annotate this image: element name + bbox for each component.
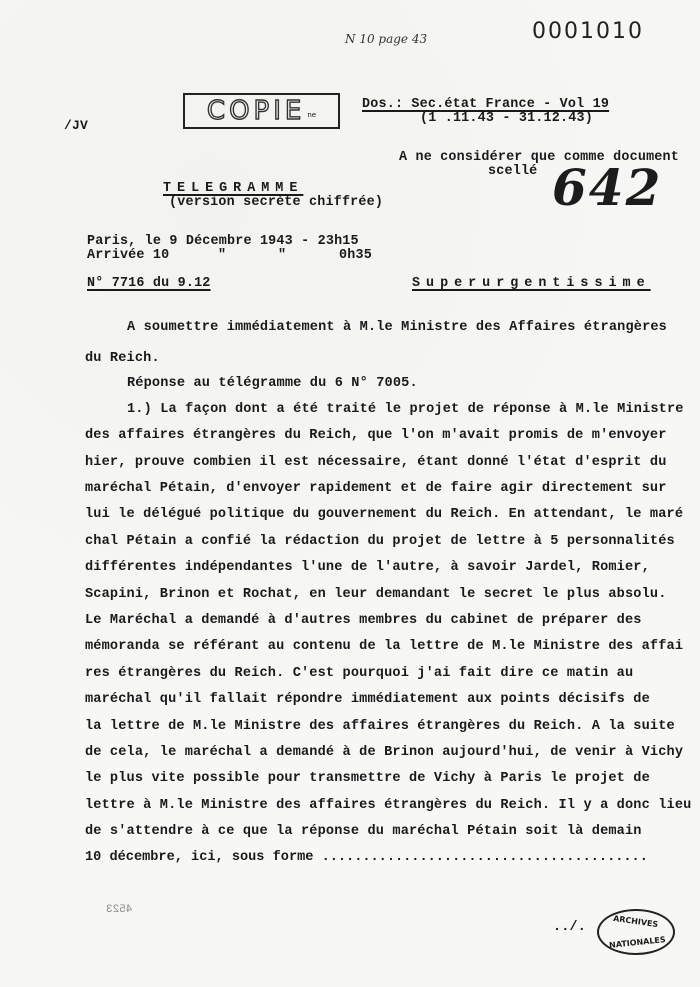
faint-number: 4523 (106, 904, 132, 916)
archives-stamp-bottom: NATIONALES (609, 935, 666, 950)
body-line: de cela, le maréchal a demandé à de Brin… (85, 745, 683, 760)
archives-stamp-top: ARCHIVES (613, 914, 659, 929)
arrival-label: Arrivée 10 (87, 248, 169, 263)
body-line: lui le délégué politique du gouvernement… (85, 507, 683, 522)
body-line: maréchal Pétain, d'envoyer rapidement et… (85, 481, 667, 496)
document-page: N 10 page 43 0001010 /JV COPIE ne Dos.: … (0, 0, 700, 987)
initials: /JV (64, 118, 88, 133)
body-line: 1.) La façon dont a été traité le projet… (127, 402, 684, 417)
body-line: Le Maréchal a demandé à d'autres membres… (85, 613, 642, 628)
body-line: res étrangères du Reich. C'est pourquoi … (85, 666, 633, 681)
origin-line: Paris, le 9 Décembre 1943 - 23h15 (87, 234, 359, 249)
body-line: 10 décembre, ici, sous forme ...........… (85, 850, 648, 865)
sealed-note-line2: scellé (488, 164, 537, 179)
continuation-mark: ../. (553, 920, 586, 935)
archives-nationales-stamp: ARCHIVES NATIONALES (597, 909, 675, 955)
body-line: Réponse au télégramme du 6 N° 7005. (127, 376, 418, 391)
dossier-dates: (1 .11.43 - 31.12.43) (420, 111, 593, 126)
arrival-ditto-2: " (278, 248, 286, 263)
handwritten-number: 642 (552, 158, 662, 217)
body-line: lettre à M.le Ministre des affaires étra… (85, 798, 691, 813)
body-line: du Reich. (85, 351, 160, 366)
telegram-subtitle: (version secrète chiffrée) (169, 195, 383, 210)
copie-stamp-text: COPIE (207, 96, 305, 126)
document-number: 0001010 (532, 19, 644, 44)
dossier-line: Dos.: Sec.état France - Vol 19 (362, 97, 609, 112)
body-line: hier, prouve combien il est nécessaire, … (85, 455, 667, 470)
telegram-title: TELEGRAMME (163, 181, 303, 196)
body-line: le plus vite possible pour transmettre d… (85, 771, 650, 786)
body-line: de s'attendre à ce que la réponse du mar… (85, 824, 642, 839)
body-line: A soumettre immédiatement à M.le Ministr… (127, 320, 667, 335)
priority-label: Superurgentissime (412, 276, 651, 291)
copie-stamp-tag: ne (307, 111, 316, 119)
body-line: des affaires étrangères du Reich, que l'… (85, 428, 667, 443)
arrival-ditto-1: " (218, 248, 226, 263)
body-line: Scapini, Brinon et Rochat, en leur deman… (85, 587, 667, 602)
body-line: maréchal qu'il fallait répondre immédiat… (85, 692, 650, 707)
arrival-time: 0h35 (339, 248, 372, 263)
copie-stamp: COPIE ne (183, 93, 340, 129)
body-line: différentes indépendantes l'une de l'aut… (85, 560, 650, 575)
body-line: chal Pétain a confié la rédaction du pro… (85, 534, 675, 549)
handwritten-reference: N 10 page 43 (345, 32, 427, 46)
body-line: mémoranda se référant au contenu de la l… (85, 639, 683, 654)
telegram-reference: N° 7716 du 9.12 (87, 276, 211, 291)
body-line: la lettre de M.le Ministre des affaires … (85, 719, 675, 734)
